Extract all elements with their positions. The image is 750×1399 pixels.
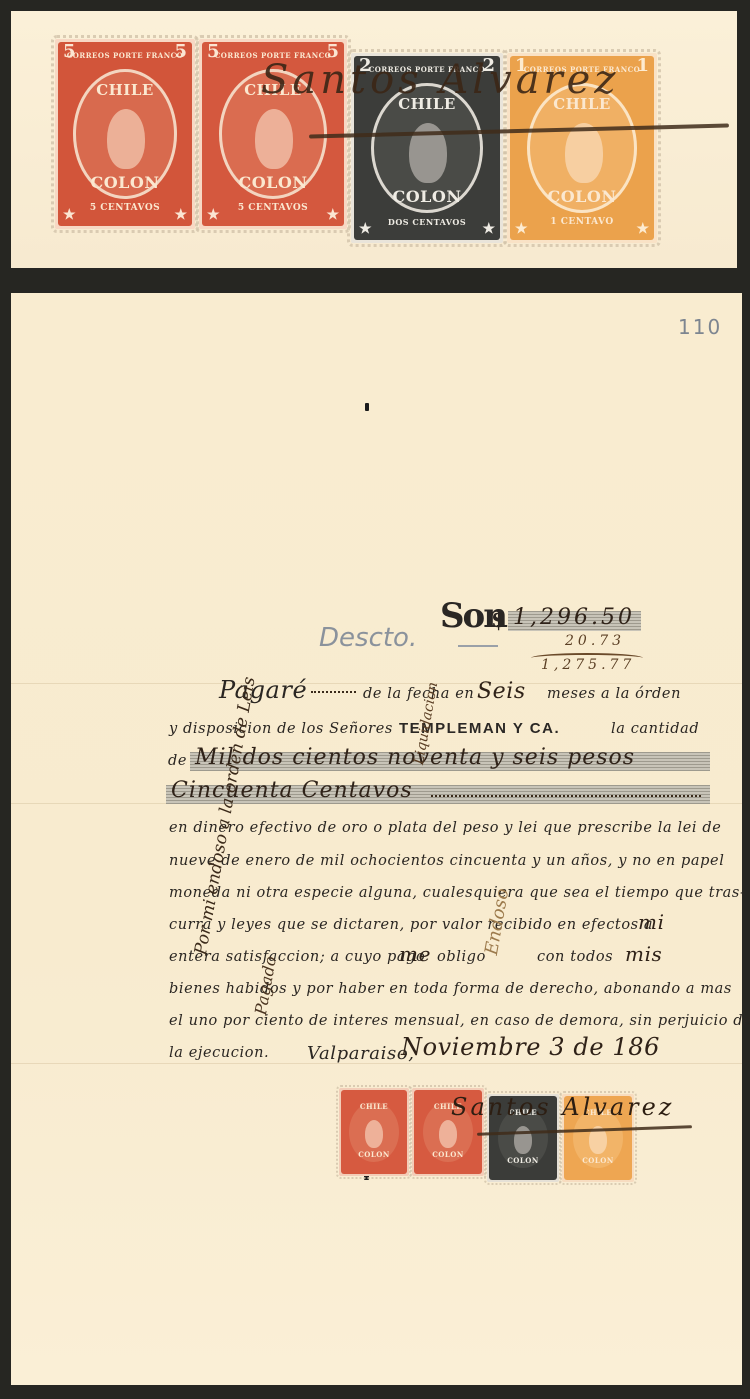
star-icon: ★ (63, 207, 76, 223)
text-line-8: curra y leyes que se dictaren, por valor… (169, 917, 653, 933)
stamp-value: 1 CENTAVO (507, 217, 657, 227)
stamp-name: COLON (55, 173, 195, 192)
pencil-dash (458, 645, 498, 647)
date-handwritten: Noviembre 3 de 186 (401, 1033, 660, 1061)
term-handwritten: Seis (477, 679, 526, 704)
stamp-header: CORREOS PORTE FRANCO (55, 51, 195, 60)
endorsement-note: Por mi endoso a la orden de Leis (191, 675, 260, 956)
text-line-1a: de la fecha en (363, 686, 474, 702)
hand-insert-me: me (399, 942, 431, 966)
stamp-name: COLON (351, 187, 503, 206)
stamp-value: 5 CENTAVOS (199, 203, 347, 213)
stamp-name: COLON (339, 1150, 409, 1159)
stamp-name: COLON (412, 1150, 484, 1159)
stamp-name: COLON (199, 173, 347, 192)
columbus-portrait-icon (565, 123, 603, 183)
amount-figure: 1,296.50 (513, 605, 635, 630)
stamp-name: COLON (507, 187, 657, 206)
stamp-country: CHILE (55, 81, 195, 99)
place-label: Valparaiso, (307, 1043, 415, 1064)
text-line-6: nueve de enero de mil ochocientos cincue… (169, 853, 724, 869)
hand-flourish (311, 691, 356, 693)
text-line-5: en dinero efectivo de oro o plata del pe… (169, 820, 721, 836)
paper-fold-line (11, 683, 742, 684)
text-de: de (168, 753, 187, 769)
stamp-name: COLON (562, 1156, 634, 1165)
stamp-country: CHILE (339, 1102, 409, 1111)
columbus-portrait-icon (365, 1120, 383, 1148)
promissory-note-document: 110 Son $ 1,296.50 Descto. 20.73 1,275.7… (11, 293, 742, 1385)
net-amount-figure: 1,275.77 (541, 657, 635, 673)
cancellation-signature: Santos Alvarez (261, 57, 619, 103)
text-line-9c: con todos (537, 949, 613, 965)
pagare-heading: Pagaré (219, 676, 307, 704)
text-line-1b: meses a la órden (547, 686, 681, 702)
amount-words-line-2: Cincuenta Centavos (171, 778, 413, 803)
punch-mark (365, 403, 369, 411)
columbus-portrait-icon (107, 109, 145, 169)
pencil-note-descto: Descto. (319, 623, 417, 653)
star-icon: ★ (636, 221, 649, 237)
text-line-2a: y disposicion de los Señores (169, 721, 393, 737)
star-icon: ★ (207, 207, 220, 223)
deduction-figure: 20.73 (565, 633, 625, 649)
text-line-2b: la cantidad (611, 721, 699, 737)
columbus-portrait-icon (439, 1120, 457, 1148)
star-icon: ★ (515, 221, 528, 237)
text-line-11: el uno por ciento de interes mensual, en… (169, 1013, 750, 1029)
stamp-name: COLON (487, 1156, 559, 1165)
text-line-7: moneda ni otra especie alguna, cualesqui… (169, 885, 745, 901)
star-icon: ★ (326, 207, 339, 223)
text-line-12: la ejecucion. (169, 1045, 269, 1061)
stamp-detail-panel: 5 5 CORREOS PORTE FRANCO CHILE COLON 5 C… (11, 11, 737, 268)
stamp-5-centavos: CHILE COLON (339, 1088, 409, 1176)
columbus-portrait-icon (255, 109, 293, 169)
star-icon: ★ (174, 207, 187, 223)
hand-insert-mi: mi (638, 910, 665, 934)
signature: Santos Alvarez (451, 1093, 674, 1121)
text-line-9b: obligo (437, 949, 486, 965)
star-icon: ★ (482, 221, 495, 237)
archive-number: 110 (678, 315, 722, 339)
hand-insert-mis: mis (625, 942, 662, 966)
stamp-value: DOS CENTAVOS (351, 217, 503, 227)
hand-flourish (431, 795, 701, 797)
dollar-sign: $ (491, 607, 507, 633)
stamp-5-centavos: 5 5 CORREOS PORTE FRANCO CHILE COLON 5 C… (55, 39, 195, 229)
star-icon: ★ (359, 221, 372, 237)
